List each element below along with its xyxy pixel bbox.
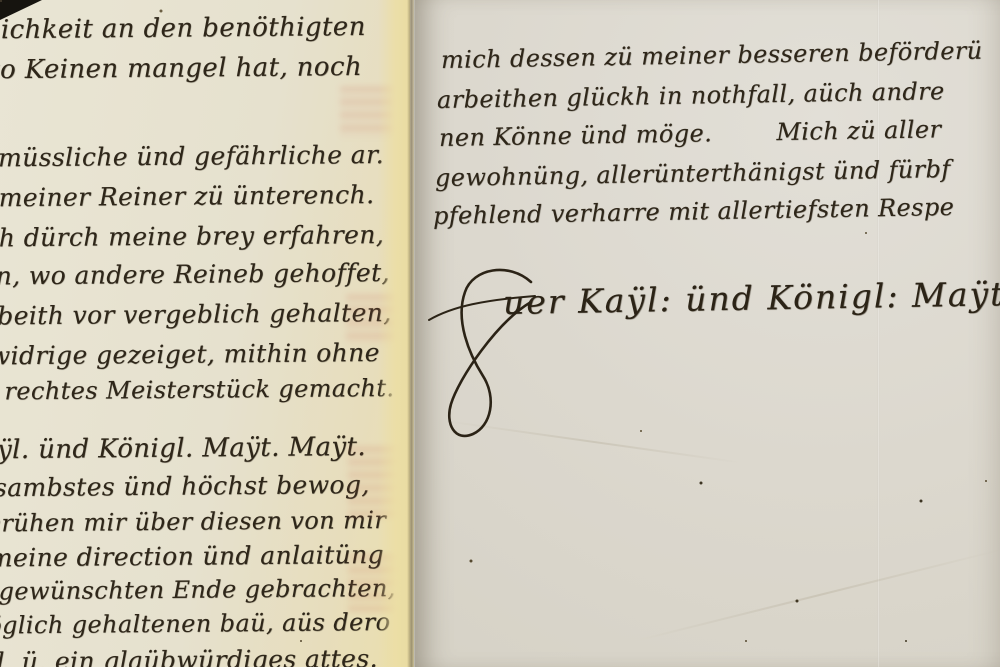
manuscript-line: nlichkeit an den benöthigten [0, 14, 366, 43]
page-edge-strip [378, 0, 410, 667]
manuscript-line: ich dürch meine brey erfahren, [0, 222, 384, 251]
manuscript-line: dem gewünschten Ende gebrachten, [0, 576, 396, 604]
manuscript-line: st müssliche ünd gefährliche ar. [0, 142, 384, 171]
manuscript-line: b widrige gezeiget, mithin ohne [0, 340, 380, 369]
manuscript-line: gerühen mir über diesen von mir [0, 508, 386, 536]
manuscript-line: r meiner Reiner zü ünterench. [0, 182, 374, 210]
paper-crease [635, 548, 1000, 642]
manuscript-line: e arbeith vor vergeblich gehalten, [0, 300, 392, 329]
manuscript-line: ÿl. ünd Königl. Maÿt. Maÿt. [0, 434, 366, 463]
manuscript-line: kl. ü. ein glaübwürdiges attes. [0, 646, 378, 667]
manuscript-line: h meine direction ünd anlaitüng [0, 542, 384, 571]
manuscript-line: gehorsambstes ünd höchst bewog, [0, 472, 370, 501]
manuscript-line: gewohnüng, allerünterthänigst ünd fürbf [435, 157, 951, 190]
manuscript-line: nen Könne ünd möge. Mich zü aller [439, 117, 942, 150]
left-page: nlichkeit an den benöthigten zo Keinen m… [0, 0, 414, 667]
manuscript-line: arbeithen glückh in nothfall, aüch andre [437, 79, 945, 112]
manuscript-line: h ein rechtes Meisterstück gemacht. [0, 376, 394, 404]
paper-specks [0, 0, 2, 2]
manuscript-photo: nlichkeit an den benöthigten zo Keinen m… [0, 0, 1000, 667]
photo-corner-shadow [0, 0, 42, 20]
manuscript-line: mich dessen zü meiner besseren beförderü [441, 39, 983, 72]
salutation-text: uer Kaÿl: ünd Königl: Maÿt: [503, 277, 1000, 319]
manuscript-line: zo Keinen mangel hat, noch [0, 54, 362, 83]
manuscript-line: möglich gehaltenen baü, aüs dero [0, 610, 390, 638]
manuscript-line: ten, wo andere Reineb gehoffet, [0, 260, 390, 289]
right-page: mich dessen zü meiner besseren beförderü… [415, 0, 1000, 667]
